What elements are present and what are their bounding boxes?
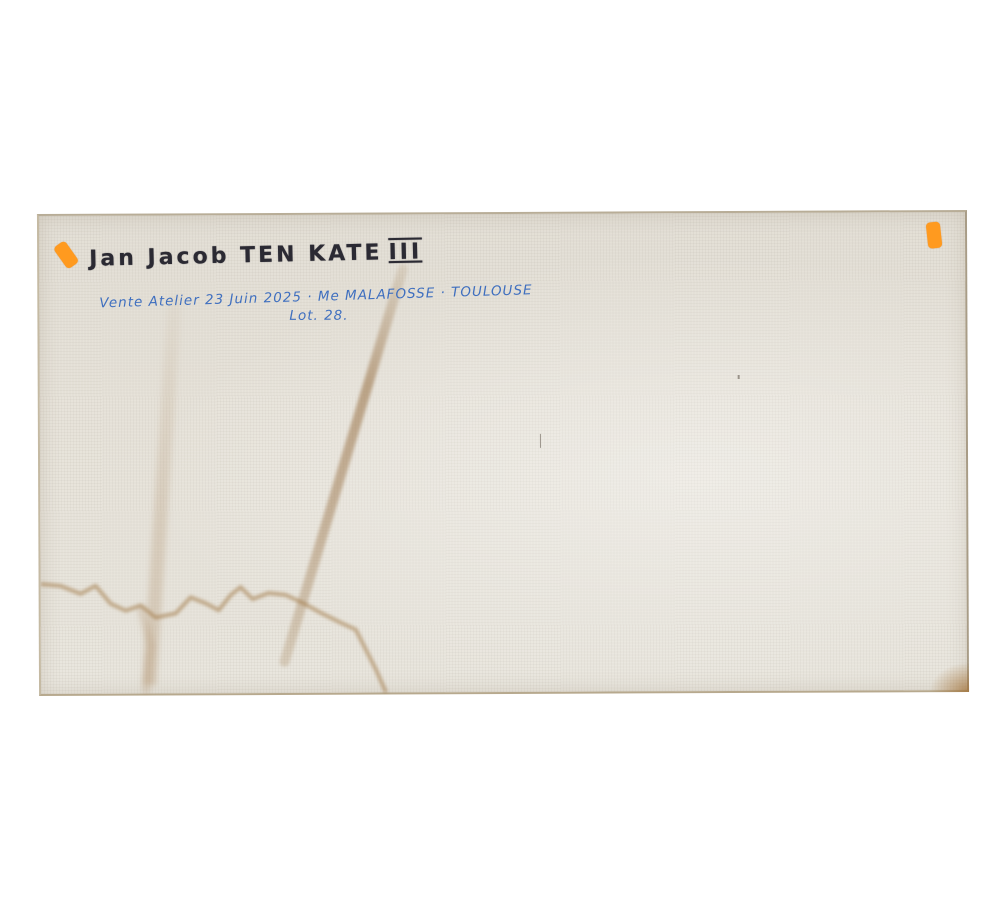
orange-price-sticker [926,221,943,248]
corner-wear [929,662,969,692]
artist-name: Jan Jacob TEN KATE [89,240,383,271]
artist-inscription: Jan Jacob TEN KATEIII [89,239,422,271]
artist-numeral: III [388,239,422,265]
speck [540,434,541,448]
speck [738,375,740,379]
water-stain-vertical-left [142,295,181,685]
canvas-back: Jan Jacob TEN KATEIII Vente Atelier 23 J… [37,210,969,696]
water-tide-line-stain [40,552,967,696]
lot-number-inscription: Lot. 28. [289,308,348,324]
orange-price-sticker [53,240,79,269]
